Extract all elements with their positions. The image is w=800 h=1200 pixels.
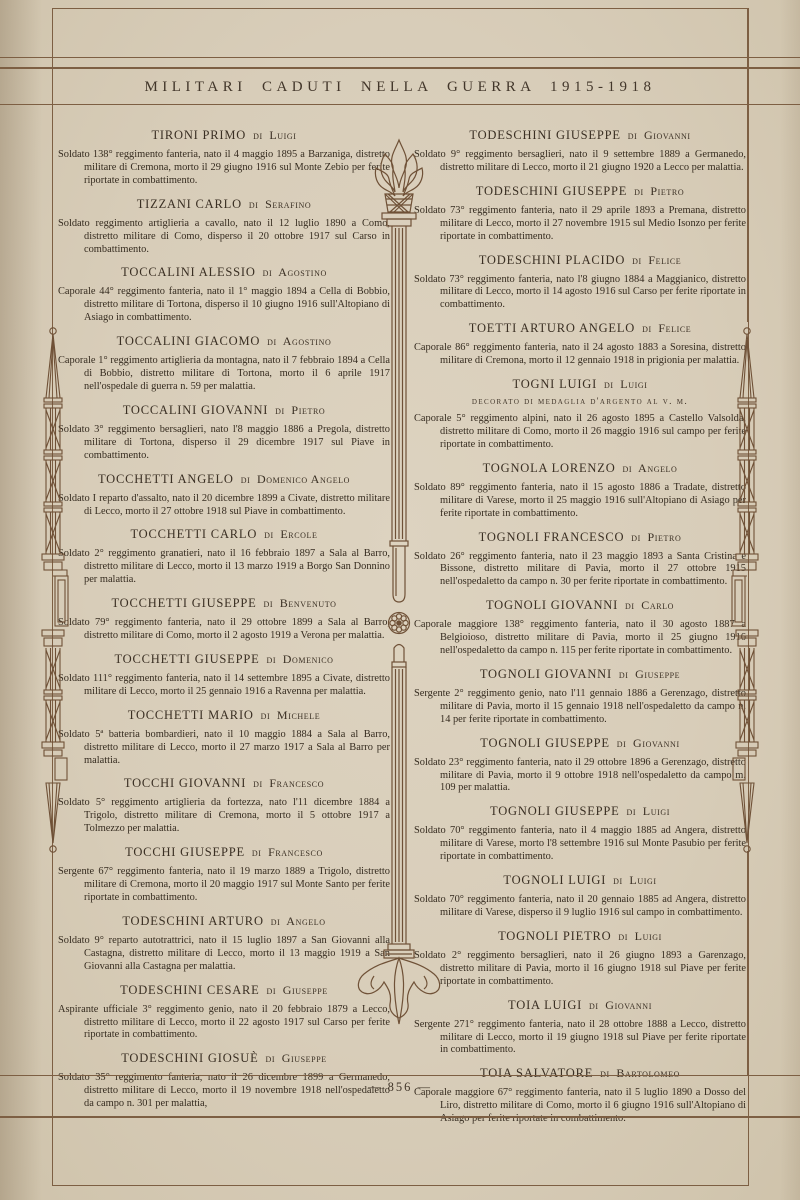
entry-name-heading: TOCCHETTI CARLO di Ercole: [58, 527, 390, 542]
entry-surname-name: TODESCHINI GIOSUÈ: [121, 1051, 262, 1065]
soldier-entry: TODESCHINI GIUSEPPE di Pietro Soldato 73…: [414, 184, 746, 244]
entry-father-name: Pietro: [644, 530, 681, 544]
scanned-book-page: MILITARI CADUTI NELLA GUERRA 1915-1918 T…: [0, 0, 800, 1200]
entry-father-name: Pietro: [647, 184, 684, 198]
entry-di-label: di: [617, 738, 627, 750]
entry-father-name: Ercole: [277, 527, 318, 541]
soldier-entry: TOGNOLI GIUSEPPE di Giovanni Soldato 23°…: [414, 736, 746, 796]
entry-surname-name: TOCCHETTI MARIO: [128, 708, 258, 722]
entry-father-name: Luigi: [631, 929, 662, 943]
entry-father-name: Carlo: [638, 598, 674, 612]
entry-surname-name: TIZZANI CARLO: [137, 197, 246, 211]
entry-father-name: Luigi: [617, 377, 648, 391]
entry-surname-name: TOGNOLI FRANCESCO: [479, 530, 629, 544]
entry-father-name: Luigi: [266, 128, 297, 142]
page-number: — 856 —: [0, 1080, 800, 1110]
entry-body-text: Caporale 44° reggimento fanteria, nato i…: [58, 286, 390, 325]
entry-name-heading: TODESCHINI GIUSEPPE di Pietro: [414, 184, 746, 199]
entry-body-text: Caporale 5° reggimento alpini, nato il 2…: [414, 413, 746, 452]
entry-surname-name: TOGNOLI GIUSEPPE: [490, 804, 624, 818]
soldier-entry: TOGNOLI GIOVANNI di Carlo Caporale maggi…: [414, 598, 746, 658]
entry-di-label: di: [625, 600, 635, 612]
entry-di-label: di: [263, 598, 273, 610]
entry-name-heading: TOCCHETTI ANGELO di Domenico Angelo: [58, 472, 390, 487]
entry-father-name: Francesco: [265, 845, 323, 859]
entry-body-text: Soldato 23° reggimento fanteria, nato il…: [414, 757, 746, 796]
entry-body-text: Sergente 271° reggimento fanteria, nato …: [414, 1019, 746, 1058]
entry-name-heading: TOCCALINI GIOVANNI di Pietro: [58, 403, 390, 418]
entry-father-name: Serafino: [262, 197, 312, 211]
entry-name-heading: TOGNI LUIGI di Luigi: [414, 377, 746, 392]
entry-surname-name: TODESCHINI CESARE: [120, 983, 263, 997]
soldier-entry: TOGNOLI GIUSEPPE di Luigi Soldato 70° re…: [414, 804, 746, 864]
entry-body-text: Aspirante ufficiale 3° reggimento genio,…: [58, 1004, 390, 1043]
soldier-entry: TOGNOLA LORENZO di Angelo Soldato 89° re…: [414, 461, 746, 521]
entry-name-heading: TOCCHI GIOVANNI di Francesco: [58, 776, 390, 791]
entry-body-text: Soldato 73° reggimento fanteria, nato il…: [414, 205, 746, 244]
entry-di-label: di: [634, 186, 644, 198]
entry-surname-name: TOCCHETTI ANGELO: [98, 472, 238, 486]
soldier-entry: TOGNOLI GIOVANNI di Giuseppe Sergente 2°…: [414, 667, 746, 727]
entry-body-text: Soldato I reparto d'assalto, nato il 20 …: [58, 493, 390, 519]
entry-name-heading: TOGNOLI FRANCESCO di Pietro: [414, 530, 746, 545]
soldier-entry: TOCCALINI ALESSIO di Agostino Caporale 4…: [58, 265, 390, 325]
entry-surname-name: TOGNOLA LORENZO: [483, 461, 620, 475]
entry-decoration-line: decorato di medaglia d'argento al v. m.: [414, 397, 746, 407]
entry-body-text: Soldato 70° reggimento fanteria, nato il…: [414, 825, 746, 864]
entry-di-label: di: [265, 1053, 275, 1065]
entry-di-label: di: [261, 710, 271, 722]
bottom-rule-thick: [0, 1116, 800, 1118]
right-frame-line-bottom: [747, 851, 748, 1076]
soldier-entry: TOCCALINI GIACOMO di Agostino Caporale 1…: [58, 334, 390, 394]
soldier-entry: TOCCHETTI CARLO di Ercole Soldato 2° reg…: [58, 527, 390, 587]
entry-name-heading: TOGNOLI LUIGI di Luigi: [414, 873, 746, 888]
entry-body-text: Soldato 111° reggimento fanteria, nato i…: [58, 673, 390, 699]
entry-father-name: Giovanni: [640, 128, 690, 142]
entry-body-text: Soldato 79° reggimento fanteria, nato il…: [58, 617, 390, 643]
top-rule-thick: [0, 67, 800, 69]
entry-surname-name: TOGNOLI GIOVANNI: [486, 598, 622, 612]
entry-di-label: di: [604, 379, 614, 391]
soldier-entry: TODESCHINI CESARE di Giuseppe Aspirante …: [58, 983, 390, 1043]
entry-di-label: di: [253, 130, 263, 142]
soldier-entry: TOGNI LUIGI di Luigi decorato di medagli…: [414, 377, 746, 452]
entry-surname-name: TOETTI ARTURO ANGELO: [469, 321, 639, 335]
entry-name-heading: TODESCHINI PLACIDO di Felice: [414, 253, 746, 268]
entry-body-text: Soldato 138° reggimento fanteria, nato i…: [58, 149, 390, 188]
entry-surname-name: TODESCHINI GIUSEPPE: [469, 128, 624, 142]
soldier-entry: TOGNOLI LUIGI di Luigi Soldato 70° reggi…: [414, 873, 746, 920]
entry-di-label: di: [271, 916, 281, 928]
soldier-entry: TOCCALINI GIOVANNI di Pietro Soldato 3° …: [58, 403, 390, 463]
entry-name-heading: TOCCHI GIUSEPPE di Francesco: [58, 845, 390, 860]
entry-di-label: di: [264, 529, 274, 541]
bottom-rule-thin: [0, 1075, 800, 1076]
entry-father-name: Luigi: [639, 804, 670, 818]
entry-surname-name: TOCCALINI GIACOMO: [117, 334, 265, 348]
entry-surname-name: TOGNOLI GIOVANNI: [480, 667, 616, 681]
entry-surname-name: TODESCHINI PLACIDO: [479, 253, 629, 267]
entry-surname-name: TODESCHINI ARTURO: [122, 914, 267, 928]
entry-di-label: di: [632, 255, 642, 267]
entry-di-label: di: [618, 931, 628, 943]
entry-name-heading: TOGNOLI GIUSEPPE di Luigi: [414, 804, 746, 819]
column-left: TIRONI PRIMO di Luigi Soldato 138° reggi…: [58, 128, 390, 1078]
soldier-entry: TOCCHETTI GIUSEPPE di Benvenuto Soldato …: [58, 596, 390, 643]
entry-name-heading: TODESCHINI ARTURO di Angelo: [58, 914, 390, 929]
entry-name-heading: TOCCALINI GIACOMO di Agostino: [58, 334, 390, 349]
page-title: MILITARI CADUTI NELLA GUERRA 1915-1918: [0, 72, 800, 102]
entry-body-text: Soldato 3° reggimento bersaglieri, nato …: [58, 424, 390, 463]
entry-surname-name: TOCCHI GIUSEPPE: [125, 845, 249, 859]
entry-father-name: Agostino: [275, 265, 327, 279]
left-frame-line-top: [52, 8, 53, 322]
entry-di-label: di: [253, 778, 263, 790]
soldier-entry: TIRONI PRIMO di Luigi Soldato 138° reggi…: [58, 128, 390, 188]
entry-father-name: Domenico Angelo: [253, 472, 350, 486]
entry-body-text: Soldato 73° reggimento fanteria, nato l'…: [414, 274, 746, 313]
entry-di-label: di: [631, 532, 641, 544]
entry-di-label: di: [275, 405, 285, 417]
entry-father-name: Michele: [273, 708, 320, 722]
entry-surname-name: TOGNOLI LUIGI: [503, 873, 610, 887]
entry-body-text: Sergente 67° reggimento fanteria, nato i…: [58, 866, 390, 905]
entry-body-text: Soldato 70° reggimento fanteria, nato il…: [414, 894, 746, 920]
entry-name-heading: TIRONI PRIMO di Luigi: [58, 128, 390, 143]
entry-father-name: Giuseppe: [279, 983, 328, 997]
top-rule-thin: [0, 57, 800, 58]
entry-name-heading: TOGNOLI PIETRO di Luigi: [414, 929, 746, 944]
entry-name-heading: TOCCHETTI MARIO di Michele: [58, 708, 390, 723]
entry-body-text: Soldato 5ª batteria bombardieri, nato il…: [58, 729, 390, 768]
entry-body-text: Soldato 89° reggimento fanteria, nato il…: [414, 482, 746, 521]
page-gutter-shadow: [0, 0, 42, 1200]
soldier-entry: TODESCHINI PLACIDO di Felice Soldato 73°…: [414, 253, 746, 313]
entry-father-name: Pietro: [288, 403, 325, 417]
entry-father-name: Agostino: [280, 334, 332, 348]
entry-father-name: Francesco: [266, 776, 324, 790]
entry-body-text: Soldato 26° reggimento fanteria, nato il…: [414, 551, 746, 590]
entry-body-text: Soldato reggimento artiglieria a cavallo…: [58, 218, 390, 257]
soldier-entry: TOCCHETTI GIUSEPPE di Domenico Soldato 1…: [58, 652, 390, 699]
entry-di-label: di: [267, 985, 277, 997]
entry-father-name: Luigi: [626, 873, 657, 887]
entry-surname-name: TOIA SALVATORE: [480, 1066, 597, 1080]
entry-di-label: di: [628, 130, 638, 142]
entry-father-name: Giovanni: [629, 736, 679, 750]
soldier-entry: TOGNOLI PIETRO di Luigi Soldato 2° reggi…: [414, 929, 746, 989]
soldier-entry: TOCCHETTI ANGELO di Domenico Angelo Sold…: [58, 472, 390, 519]
entry-di-label: di: [589, 1000, 599, 1012]
entry-name-heading: TOCCHETTI GIUSEPPE di Benvenuto: [58, 596, 390, 611]
entry-name-heading: TIZZANI CARLO di Serafino: [58, 197, 390, 212]
entry-body-text: Caporale maggiore 138° reggimento fanter…: [414, 619, 746, 658]
entry-body-text: Soldato 9° reggimento bersaglieri, nato …: [414, 149, 746, 175]
two-column-register: TIRONI PRIMO di Luigi Soldato 138° reggi…: [58, 128, 746, 1078]
entry-body-text: Soldato 2° reggimento bersaglieri, nato …: [414, 950, 746, 989]
entry-surname-name: TIRONI PRIMO: [151, 128, 250, 142]
entry-father-name: Felice: [655, 321, 692, 335]
soldier-entry: TODESCHINI GIUSEPPE di Giovanni Soldato …: [414, 128, 746, 175]
entry-di-label: di: [241, 474, 251, 486]
entry-di-label: di: [622, 463, 632, 475]
soldier-entry: TOGNOLI FRANCESCO di Pietro Soldato 26° …: [414, 530, 746, 590]
entry-father-name: Giuseppe: [278, 1051, 327, 1065]
entry-father-name: Giuseppe: [632, 667, 681, 681]
entry-di-label: di: [642, 323, 652, 335]
entry-father-name: Angelo: [635, 461, 677, 475]
entry-body-text: Soldato 5° reggimento artiglieria da for…: [58, 797, 390, 836]
soldier-entry: TOCCHI GIUSEPPE di Francesco Sergente 67…: [58, 845, 390, 905]
entry-father-name: Benvenuto: [276, 596, 336, 610]
title-underline-rule: [0, 104, 800, 105]
soldier-entry: TOCCHETTI MARIO di Michele Soldato 5ª ba…: [58, 708, 390, 768]
entry-surname-name: TODESCHINI GIUSEPPE: [476, 184, 631, 198]
entry-name-heading: TOGNOLI GIOVANNI di Giuseppe: [414, 667, 746, 682]
entry-surname-name: TOCCHETTI GIUSEPPE: [111, 596, 260, 610]
soldier-entry: TODESCHINI ARTURO di Angelo Soldato 9° r…: [58, 914, 390, 974]
entry-name-heading: TOETTI ARTURO ANGELO di Felice: [414, 321, 746, 336]
entry-surname-name: TOIA LUIGI: [508, 998, 586, 1012]
entry-surname-name: TOGNOLI PIETRO: [498, 929, 615, 943]
entry-di-label: di: [613, 875, 623, 887]
entry-father-name: Felice: [645, 253, 682, 267]
entry-di-label: di: [627, 806, 637, 818]
entry-di-label: di: [266, 654, 276, 666]
entry-di-label: di: [249, 199, 259, 211]
entry-surname-name: TOCCALINI ALESSIO: [121, 265, 259, 279]
soldier-entry: TOIA LUIGI di Giovanni Sergente 271° reg…: [414, 998, 746, 1058]
entry-name-heading: TOGNOLI GIUSEPPE di Giovanni: [414, 736, 746, 751]
column-right: TODESCHINI GIUSEPPE di Giovanni Soldato …: [414, 128, 746, 1078]
entry-father-name: Angelo: [283, 914, 325, 928]
entry-body-text: Caporale 1° reggimento artiglieria da mo…: [58, 355, 390, 394]
entry-surname-name: TOGNOLI GIUSEPPE: [480, 736, 614, 750]
right-frame-line-top: [747, 8, 748, 322]
entry-name-heading: TODESCHINI GIUSEPPE di Giovanni: [414, 128, 746, 143]
entry-name-heading: TODESCHINI GIOSUÈ di Giuseppe: [58, 1051, 390, 1066]
entry-di-label: di: [267, 336, 277, 348]
entry-father-name: Giovanni: [602, 998, 652, 1012]
soldier-entry: TOCCHI GIOVANNI di Francesco Soldato 5° …: [58, 776, 390, 836]
entry-body-text: Soldato 9° reparto autotrattrici, nato i…: [58, 935, 390, 974]
entry-di-label: di: [252, 847, 262, 859]
entry-body-text: Sergente 2° reggimento genio, nato l'11 …: [414, 688, 746, 727]
entry-name-heading: TODESCHINI CESARE di Giuseppe: [58, 983, 390, 998]
entry-di-label: di: [619, 669, 629, 681]
entry-name-heading: TOCCALINI ALESSIO di Agostino: [58, 265, 390, 280]
entry-father-name: Domenico: [279, 652, 333, 666]
entry-di-label: di: [263, 267, 273, 279]
soldier-entry: TOETTI ARTURO ANGELO di Felice Caporale …: [414, 321, 746, 368]
entry-name-heading: TOIA LUIGI di Giovanni: [414, 998, 746, 1013]
soldier-entry: TIZZANI CARLO di Serafino Soldato reggim…: [58, 197, 390, 257]
entry-name-heading: TOCCHETTI GIUSEPPE di Domenico: [58, 652, 390, 667]
entry-father-name: Bartolomeo: [613, 1066, 680, 1080]
entry-name-heading: TOGNOLI GIOVANNI di Carlo: [414, 598, 746, 613]
entry-body-text: Caporale 86° reggimento fanteria, nato i…: [414, 342, 746, 368]
left-frame-line-bottom: [52, 851, 53, 1076]
entry-surname-name: TOCCHETTI GIUSEPPE: [114, 652, 263, 666]
page-edge-shadow: [780, 0, 800, 1200]
entry-surname-name: TOGNI LUIGI: [512, 377, 601, 391]
entry-surname-name: TOCCHI GIOVANNI: [124, 776, 250, 790]
entry-surname-name: TOCCHETTI CARLO: [130, 527, 261, 541]
entry-name-heading: TOGNOLA LORENZO di Angelo: [414, 461, 746, 476]
entry-surname-name: TOCCALINI GIOVANNI: [123, 403, 272, 417]
entry-body-text: Soldato 2° reggimento granatieri, nato i…: [58, 548, 390, 587]
